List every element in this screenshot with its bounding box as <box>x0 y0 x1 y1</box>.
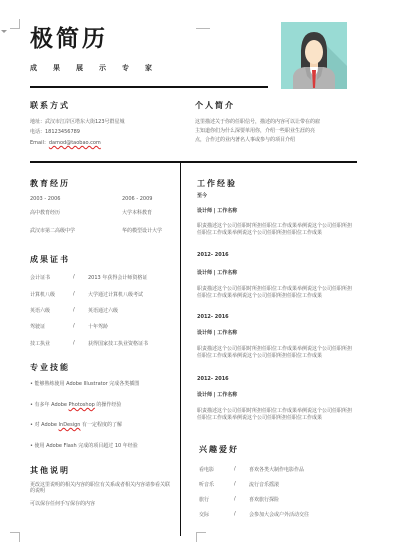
work-desc: 职责描述这个公司任职时所担任职位工作成果举例说这个公司任职所担任职位工作成果举例… <box>197 346 355 360</box>
hobby-desc: 流行音乐摇滚 <box>249 481 279 488</box>
skill-software: InDesign <box>59 422 81 428</box>
hobby-name: 看电影 <box>199 466 214 473</box>
education-school-1: 武汉市第二高级中学 <box>30 227 75 234</box>
work-role: 设计师 | 工作名称 <box>197 208 237 215</box>
certificate-desc: 2013 年获得会计师资格证 <box>88 274 147 281</box>
profile-title: 个人简介 <box>195 100 235 111</box>
email-value[interactable]: damod@taobao.com <box>49 140 101 146</box>
hobby-desc: 会参加大会或户外活动交往 <box>249 511 309 518</box>
contact-email[interactable]: Email：damod@taobao.com <box>30 140 101 147</box>
certificate-desc: 十年驾龄 <box>88 323 108 330</box>
skill-item: • 对 Adobe InDesign 有一定程度的了解 <box>30 422 122 429</box>
other-paragraph-2: 可以保存任何手写保存的内容 <box>30 501 95 508</box>
profile-line-1: 这里描述关于你的任职信号，描述的内容可以让带在的雇 <box>195 119 320 126</box>
certificate-desc: 大学通过计算机八级考试 <box>88 291 143 298</box>
hobby-name: 听音乐 <box>199 481 214 488</box>
work-role: 设计师 | 工作名称 <box>197 392 237 399</box>
education-type-1: 高中教育经历 <box>30 209 60 216</box>
contact-title: 联系方式 <box>30 100 70 111</box>
education-type-2: 大学本科教育 <box>122 209 152 216</box>
other-paragraph-1: 更改这里说明的相关内容的职位有关系或者相关内容请参看关联的说明 <box>30 482 170 494</box>
hobby-desc: 喜欢各类大制作电影作品 <box>249 466 304 473</box>
certificate-name: 英语六级 <box>30 307 50 314</box>
work-desc: 职责描述这个公司任职时所担任职位工作成果举例说这个公司任职所担任职位工作成果举例… <box>197 286 355 300</box>
work-date: 2012- 2016 <box>197 376 229 383</box>
skill-text: • 使用 Adobe Flash 完成的项目超过 10 年经验 <box>30 443 138 449</box>
resume-name: 极简历 <box>30 28 108 51</box>
page-corner-bottom-right <box>196 532 206 542</box>
work-role: 设计师 | 工作名称 <box>197 330 237 337</box>
separator: / <box>234 481 236 487</box>
work-desc: 职责描述这个公司任职时所担任职位工作成果举例说这个公司任职所担任职位工作成果举例… <box>197 223 355 237</box>
profile-line-2: 主知道你们为什么深要单用你，介绍一些职业生涯的亮 <box>195 128 315 135</box>
education-school-2: 华的模型设计大学 <box>122 227 162 234</box>
email-label: Email： <box>30 140 49 146</box>
work-desc: 职责描述这个公司任职时所担任职位工作成果举例说这个公司任职所担任职位工作成果举例… <box>197 408 355 422</box>
header-divider <box>30 86 268 88</box>
skills-title: 专业技能 <box>30 362 70 373</box>
separator: / <box>234 466 236 472</box>
separator: / <box>73 323 75 329</box>
separator: / <box>73 307 75 313</box>
skill-text: • 有多年 Adobe <box>30 402 69 408</box>
profile-photo <box>281 22 347 89</box>
skill-item: • 使用 Adobe Flash 完成的项目超过 10 年经验 <box>30 443 138 450</box>
skill-text: • 对 Adobe <box>30 422 59 428</box>
skill-item: • 能够熟练使用 Adobe Illustrator 完成各类插图 <box>30 381 139 388</box>
page-corner-top-left <box>10 19 20 29</box>
education-date-2: 2006 - 2009 <box>122 196 152 202</box>
work-title: 工作经验 <box>197 178 237 189</box>
separator: / <box>73 291 75 297</box>
hobbies-title: 兴趣爱好 <box>199 444 239 455</box>
separator: / <box>73 274 75 280</box>
resume-subtitle: 成果展示专家 <box>30 63 168 73</box>
avatar-woman-icon <box>281 22 347 89</box>
work-role: 设计师 | 工作名称 <box>197 270 237 277</box>
contact-address: 地址：武汉市江岸区塔东大街123号群星城 <box>30 119 125 126</box>
skill-text: • 能够熟练使用 Adobe Illustrator 完成各类插图 <box>30 381 139 387</box>
certificate-name: 驾驶证 <box>30 323 45 330</box>
separator: / <box>234 511 236 517</box>
hobby-desc: 喜欢旅行探险 <box>249 496 279 503</box>
skill-text: 的操作经验 <box>95 402 122 408</box>
hobby-name: 旅行 <box>199 496 209 503</box>
other-title: 其他说明 <box>30 465 70 476</box>
page-margin-mark-top <box>196 19 210 29</box>
work-date: 2012- 2016 <box>197 314 229 321</box>
certificate-name: 计算机八级 <box>30 291 55 298</box>
certificate-name: 技工执业 <box>30 340 50 347</box>
certificate-name: 会计证书 <box>30 274 50 281</box>
ruler-marker-icon <box>1 30 7 33</box>
page-corner-bottom-left <box>10 532 20 542</box>
education-title: 教育经历 <box>30 178 70 189</box>
profile-line-3: 点，合作过的业内著名人事或参与的项目介绍 <box>195 137 295 144</box>
work-date: 至今 <box>197 193 207 200</box>
contact-phone: 电话：18123456789 <box>30 129 80 136</box>
certificates-title: 成果证书 <box>30 254 70 265</box>
work-date: 2012- 2016 <box>197 252 229 259</box>
skill-text: 有一定程度的了解 <box>80 422 122 428</box>
education-date-1: 2003 - 2006 <box>30 196 60 202</box>
separator: / <box>73 340 75 346</box>
skill-software: Photoshop <box>69 402 95 408</box>
separator: / <box>234 496 236 502</box>
section-divider <box>30 161 357 163</box>
certificate-desc: 英语通过六级 <box>88 307 118 314</box>
column-divider <box>180 161 181 536</box>
skill-item: • 有多年 Adobe Photoshop 的操作经验 <box>30 402 121 409</box>
certificate-desc: 获得国家技工执业资格证书 <box>88 340 148 347</box>
hobby-name: 交际 <box>199 511 209 518</box>
